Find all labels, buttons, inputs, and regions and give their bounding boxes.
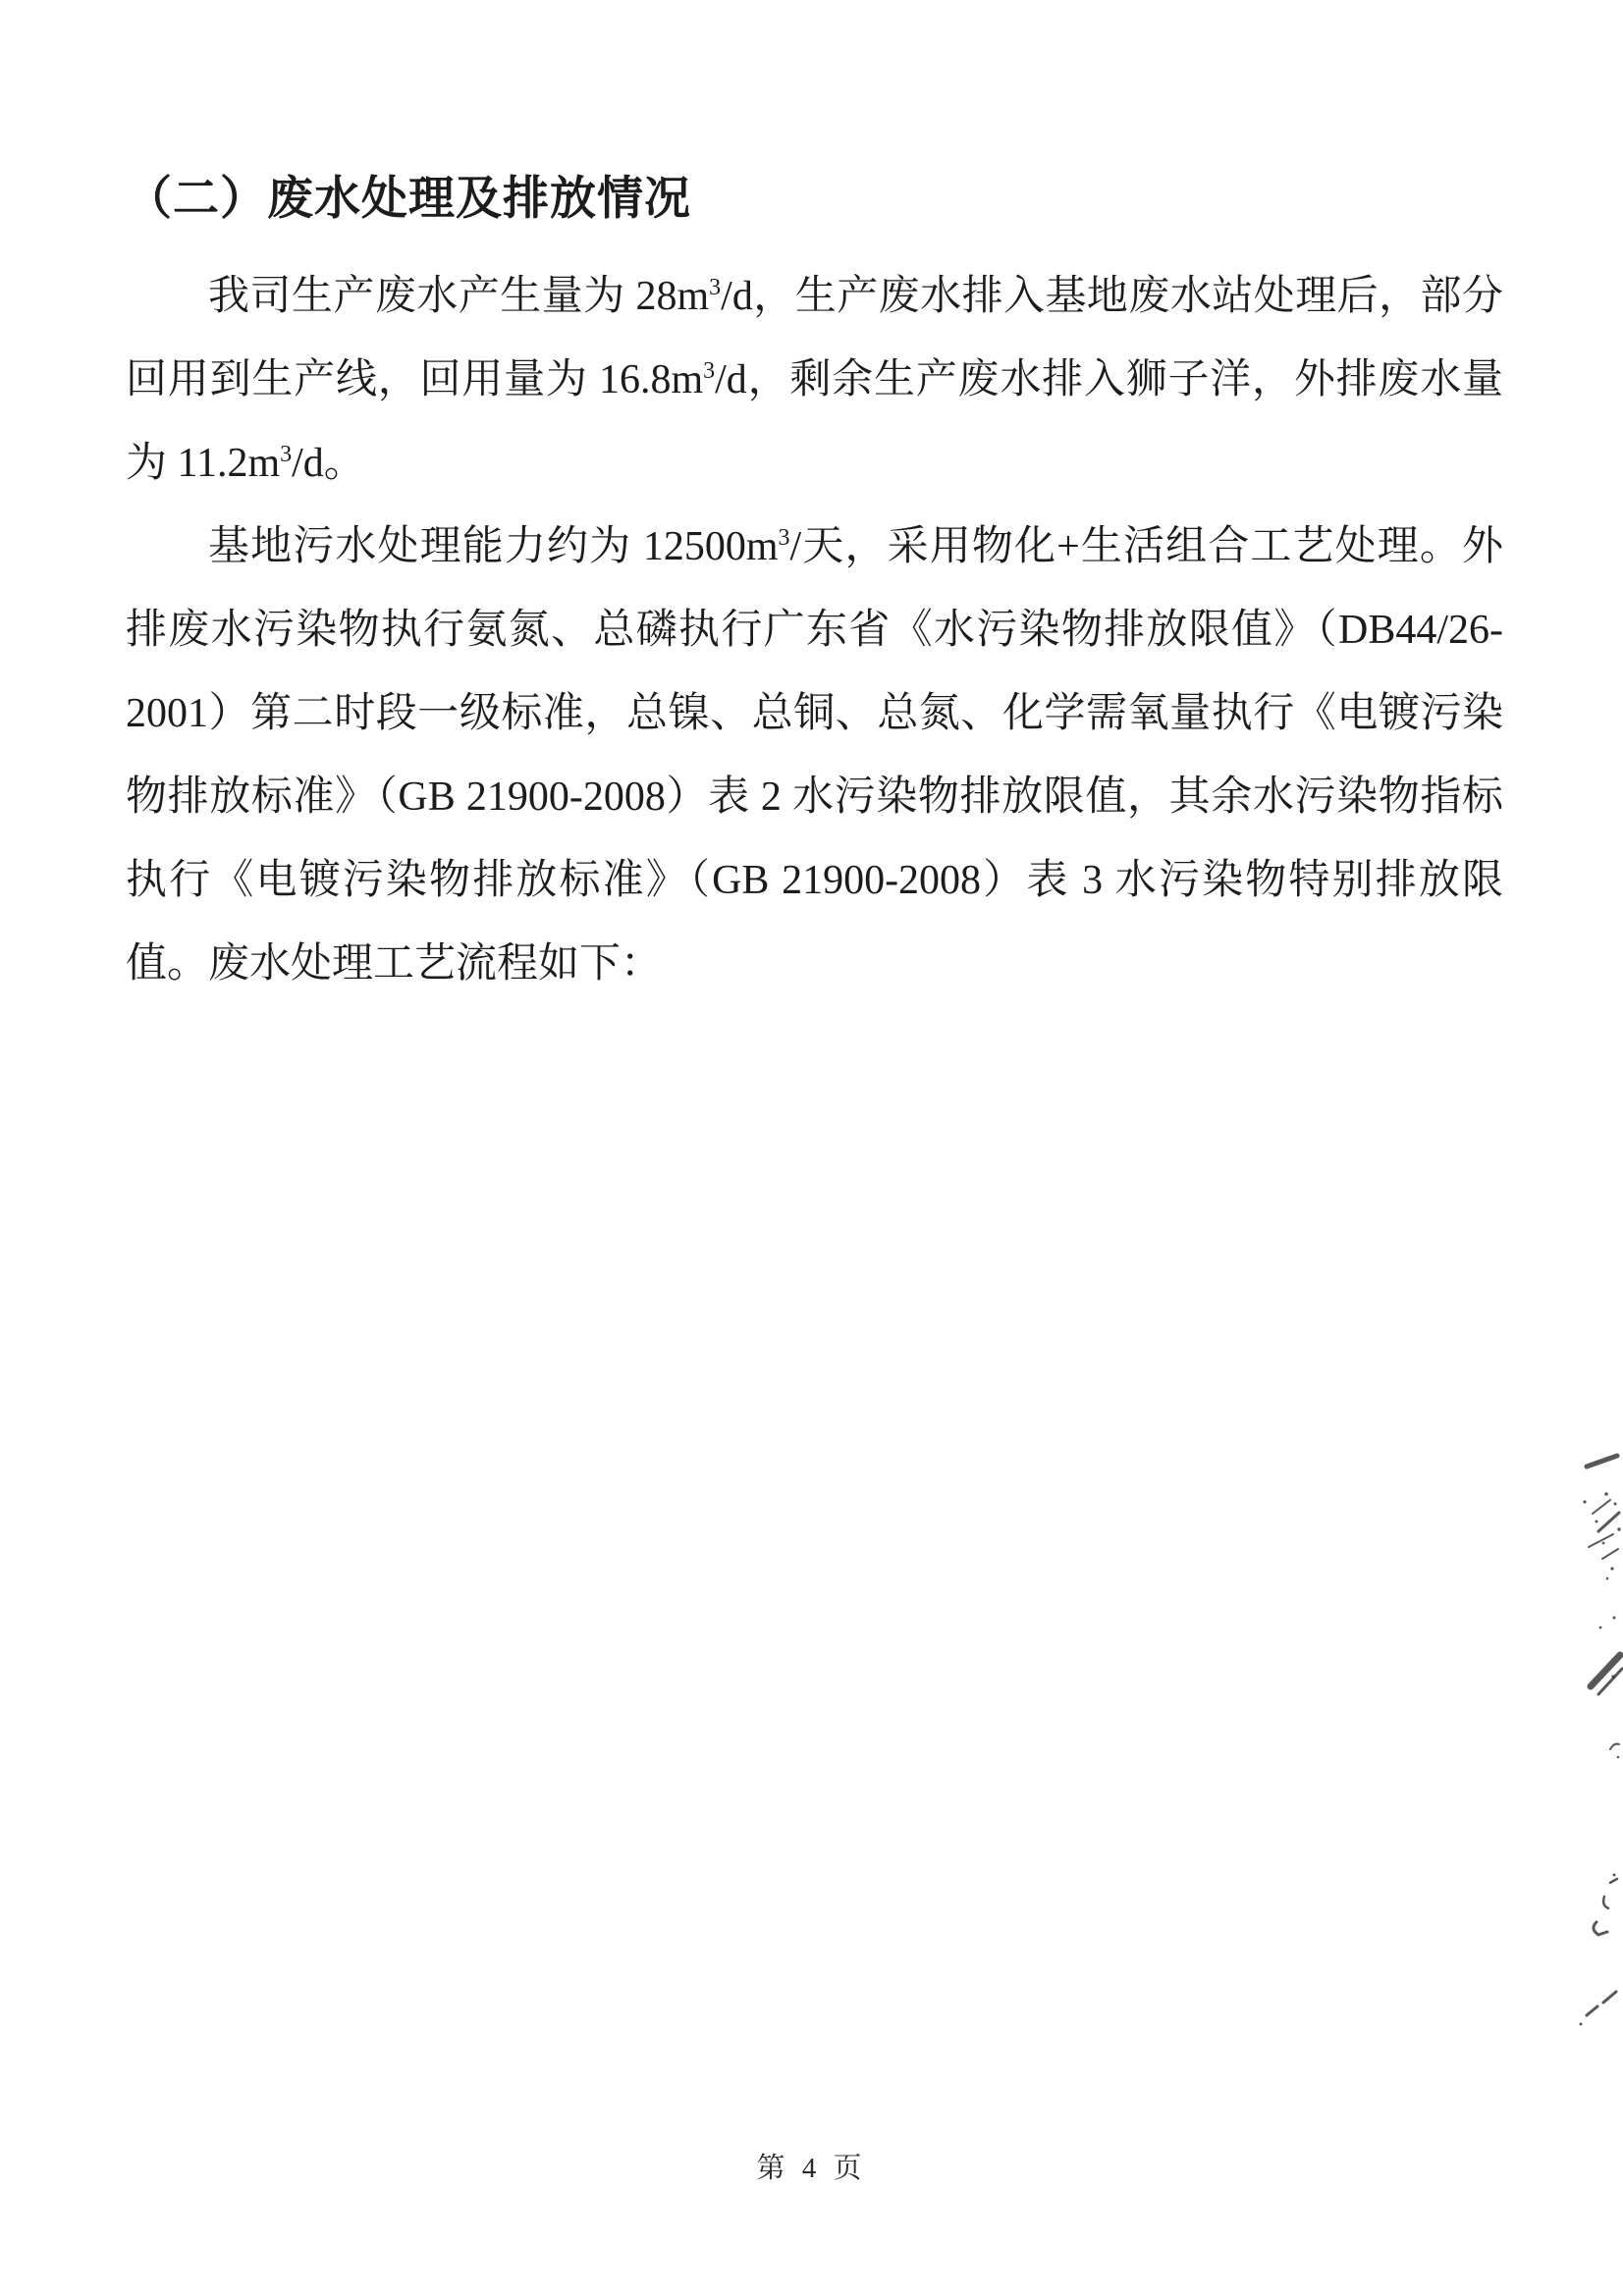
- paragraph-treatment-standards: 基地污水处理能力约为 12500m3/天，采用物化+生活组合工艺处理。外排废水污…: [126, 506, 1503, 1006]
- document-page: （二）废水处理及排放情况 我司生产废水产生量为 28m3/d，生产废水排入基地废…: [0, 0, 1623, 2296]
- page-number: 第 4 页: [0, 2146, 1623, 2186]
- section-heading: （二）废水处理及排放情况: [126, 165, 1503, 232]
- paragraph-wastewater-volumes: 我司生产废水产生量为 28m3/d，生产废水排入基地废水站处理后，部分回用到生产…: [126, 255, 1503, 506]
- scan-smudge-artifacts: [1542, 1453, 1623, 2042]
